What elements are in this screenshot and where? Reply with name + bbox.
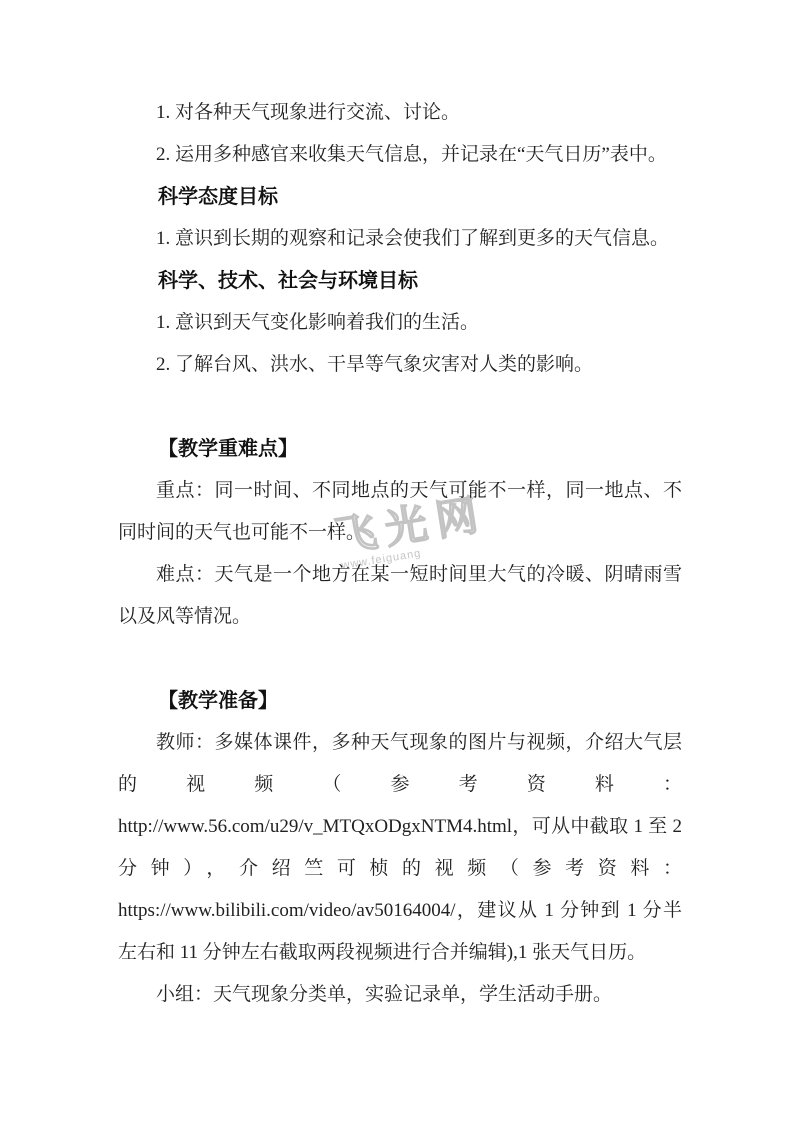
numbered-item: 2. 运用多种感官来收集天气信息，并记录在“天气日历”表中。 xyxy=(118,134,682,176)
numbered-item: 1. 对各种天气现象进行交流、讨论。 xyxy=(118,92,682,134)
numbered-item: 1. 意识到长期的观察和记录会使我们了解到更多的天气信息。 xyxy=(118,218,682,260)
section-heading-teaching-key-difficult-points: 【教学重难点】 xyxy=(118,428,682,470)
paragraph-difficult-point: 难点：天气是一个地方在某一短时间里大气的冷暖、阴晴雨雪以及风等情况。 xyxy=(118,554,682,638)
numbered-item: 1. 意识到天气变化影响着我们的生活。 xyxy=(118,302,682,344)
numbered-item: 2. 了解台风、洪水、干旱等气象灾害对人类的影响。 xyxy=(118,344,682,386)
paragraph-teacher-preparation: 教师：多媒体课件，多种天气现象的图片与视频，介绍大气层的视频（参考资料：http… xyxy=(118,722,682,974)
document-body: 1. 对各种天气现象进行交流、讨论。 2. 运用多种感官来收集天气信息，并记录在… xyxy=(118,92,682,1016)
paragraph-key-point: 重点：同一时间、不同地点的天气可能不一样，同一地点、不同时间的天气也可能不一样。 xyxy=(118,470,682,554)
section-heading-science-attitude-goals: 科学态度目标 xyxy=(118,176,682,218)
paragraph-group-preparation: 小组：天气现象分类单，实验记录单，学生活动手册。 xyxy=(118,974,682,1016)
document-page: 飞光网 www.feiguang 1. 对各种天气现象进行交流、讨论。 2. 运… xyxy=(0,0,793,1122)
section-heading-science-tech-society-env-goals: 科学、技术、社会与环境目标 xyxy=(118,260,682,302)
section-heading-teaching-preparation: 【教学准备】 xyxy=(118,680,682,722)
